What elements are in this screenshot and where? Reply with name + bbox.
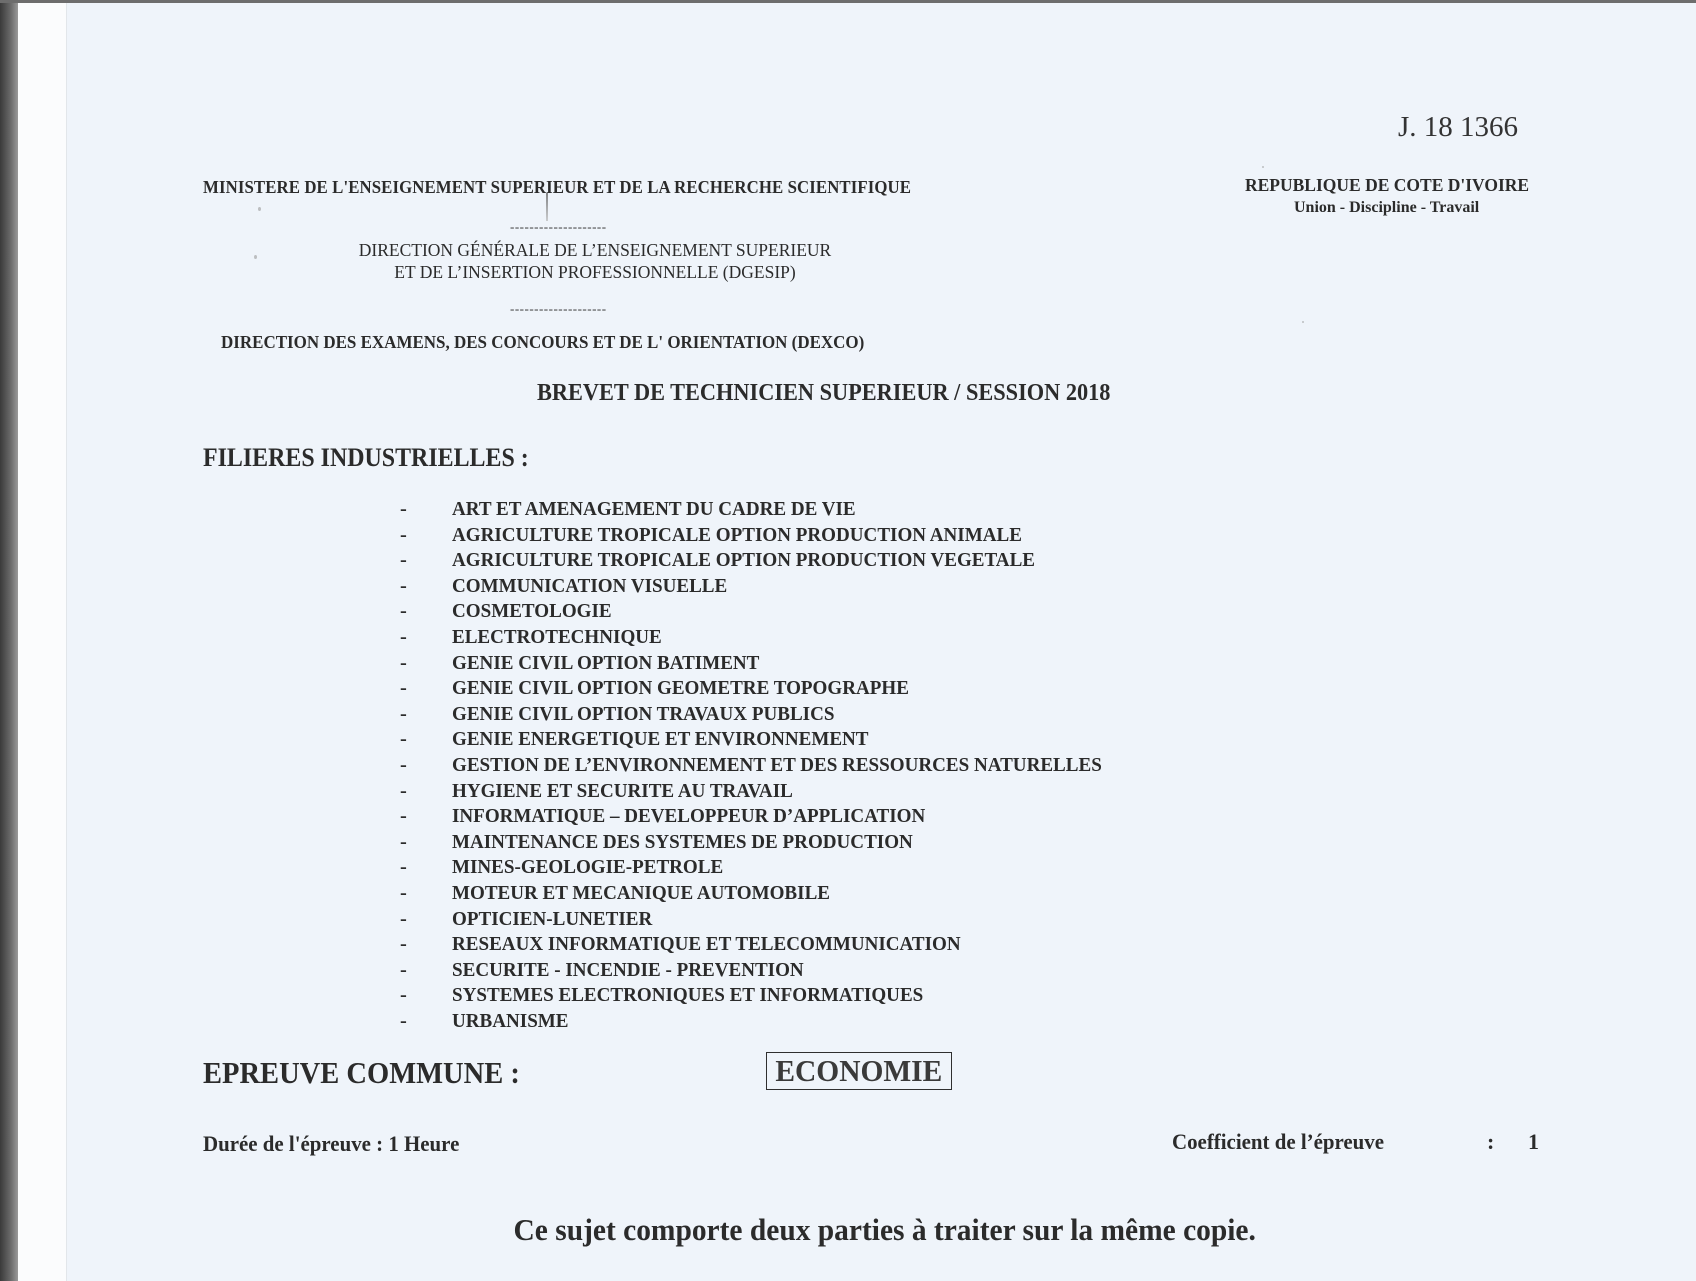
direction-generale-line-2: ET DE L’INSERTION PROFESSIONNELLE (DGESI…	[300, 262, 890, 283]
program-list-item: -SYSTEMES ELECTRONIQUES ET INFORMATIQUES	[398, 983, 1151, 1009]
program-name: MAINTENANCE DES SYSTEMES DE PRODUCTION	[452, 830, 913, 856]
program-list-item: -GENIE CIVIL OPTION BATIMENT	[398, 651, 1151, 677]
program-name: COSMETOLOGIE	[452, 599, 612, 625]
separator-line: --------------------	[510, 219, 607, 235]
scanner-edge	[0, 0, 18, 1281]
dash-bullet-icon: -	[398, 651, 452, 677]
dash-bullet-icon: -	[398, 676, 452, 702]
program-list-item: -ELECTROTECHNIQUE	[398, 625, 1151, 651]
ministry-name: MINISTERE DE L'ENSEIGNEMENT SUPERIEUR ET…	[203, 177, 911, 198]
program-list-item: -GENIE CIVIL OPTION GEOMETRE TOPOGRAPHE	[398, 676, 1151, 702]
program-list-item: -GENIE CIVIL OPTION TRAVAUX PUBLICS	[398, 702, 1151, 728]
program-name: SECURITE - INCENDIE - PREVENTION	[452, 958, 804, 984]
scan-speck	[258, 207, 261, 211]
dash-bullet-icon: -	[398, 907, 452, 933]
program-list-item: -OPTICIEN-LUNETIER	[398, 907, 1151, 933]
program-list-item: -RESEAUX INFORMATIQUE ET TELECOMMUNICATI…	[398, 932, 1151, 958]
dash-bullet-icon: -	[398, 727, 452, 753]
program-list-item: -GENIE ENERGETIQUE ET ENVIRONNEMENT	[398, 727, 1151, 753]
scan-speck	[254, 255, 257, 259]
program-name: MINES-GEOLOGIE-PETROLE	[452, 855, 723, 881]
program-list-item: -MAINTENANCE DES SYSTEMES DE PRODUCTION	[398, 830, 1151, 856]
coefficient-label: Coefficient de l’épreuve	[1172, 1129, 1384, 1155]
instructions-text: Ce sujet comporte deux parties à traiter…	[514, 1212, 1256, 1248]
dash-bullet-icon: -	[398, 881, 452, 907]
program-list-item: -GESTION DE L’ENVIRONNEMENT ET DES RESSO…	[398, 753, 1151, 779]
dash-bullet-icon: -	[398, 804, 452, 830]
dash-bullet-icon: -	[398, 779, 452, 805]
program-list-item: -COMMUNICATION VISUELLE	[398, 574, 1151, 600]
programs-heading: FILIERES INDUSTRIELLES :	[203, 443, 529, 473]
program-name: ELECTROTECHNIQUE	[452, 625, 662, 651]
program-list-item: -COSMETOLOGIE	[398, 599, 1151, 625]
program-name: URBANISME	[452, 1009, 569, 1035]
programs-list: -ART ET AMENAGEMENT DU CADRE DE VIE-AGRI…	[398, 497, 1151, 1034]
separator-line: --------------------	[510, 301, 607, 317]
dash-bullet-icon: -	[398, 753, 452, 779]
program-list-item: -MINES-GEOLOGIE-PETROLE	[398, 855, 1151, 881]
program-list-item: -SECURITE - INCENDIE - PREVENTION	[398, 958, 1151, 984]
subject-box: ECONOMIE	[766, 1052, 952, 1090]
program-name: ART ET AMENAGEMENT DU CADRE DE VIE	[452, 497, 856, 523]
program-name: AGRICULTURE TROPICALE OPTION PRODUCTION …	[452, 523, 1022, 549]
program-name: GENIE CIVIL OPTION GEOMETRE TOPOGRAPHE	[452, 676, 909, 702]
program-list-item: -INFORMATIQUE – DEVELOPPEUR D’APPLICATIO…	[398, 804, 1151, 830]
dash-bullet-icon: -	[398, 625, 452, 651]
dash-bullet-icon: -	[398, 932, 452, 958]
program-list-item: -MOTEUR ET MECANIQUE AUTOMOBILE	[398, 881, 1151, 907]
program-name: OPTICIEN-LUNETIER	[452, 907, 652, 933]
subject-name: ECONOMIE	[776, 1053, 943, 1089]
program-name: MOTEUR ET MECANIQUE AUTOMOBILE	[452, 881, 830, 907]
program-name: GENIE CIVIL OPTION TRAVAUX PUBLICS	[452, 702, 834, 728]
direction-examens: DIRECTION DES EXAMENS, DES CONCOURS ET D…	[221, 332, 864, 353]
program-list-item: -HYGIENE ET SECURITE AU TRAVAIL	[398, 779, 1151, 805]
direction-generale-line-1: DIRECTION GÉNÉRALE DE L’ENSEIGNEMENT SUP…	[300, 240, 890, 261]
coefficient-value: 1	[1528, 1129, 1539, 1155]
exam-type-label: EPREUVE COMMUNE :	[203, 1055, 520, 1091]
dash-bullet-icon: -	[398, 1009, 452, 1035]
national-motto: Union - Discipline - Travail	[1294, 199, 1479, 217]
dash-bullet-icon: -	[398, 548, 452, 574]
program-list-item: -ART ET AMENAGEMENT DU CADRE DE VIE	[398, 497, 1151, 523]
instructions-note: Ce sujet comporte deux parties à traiter…	[300, 1212, 1470, 1248]
program-name: GESTION DE L’ENVIRONNEMENT ET DES RESSOU…	[452, 753, 1102, 779]
program-list-item: -URBANISME	[398, 1009, 1151, 1035]
country-name: REPUBLIQUE DE COTE D'IVOIRE	[1245, 175, 1529, 196]
program-name: HYGIENE ET SECURITE AU TRAVAIL	[452, 779, 793, 805]
document-reference-number: J. 18 1366	[1398, 111, 1518, 144]
program-name: GENIE ENERGETIQUE ET ENVIRONNEMENT	[452, 727, 869, 753]
program-name: SYSTEMES ELECTRONIQUES ET INFORMATIQUES	[452, 983, 923, 1009]
exam-title: BREVET DE TECHNICIEN SUPERIEUR / SESSION…	[537, 380, 1110, 407]
program-list-item: -AGRICULTURE TROPICALE OPTION PRODUCTION…	[398, 523, 1151, 549]
scanner-margin	[18, 0, 66, 1281]
dash-bullet-icon: -	[398, 702, 452, 728]
coefficient-separator: :	[1487, 1129, 1494, 1155]
exam-duration: Durée de l'épreuve : 1 Heure	[203, 1131, 459, 1157]
dash-bullet-icon: -	[398, 830, 452, 856]
dash-bullet-icon: -	[398, 574, 452, 600]
program-name: INFORMATIQUE – DEVELOPPEUR D’APPLICATION	[452, 804, 925, 830]
scan-speck	[1262, 166, 1264, 168]
dash-bullet-icon: -	[398, 497, 452, 523]
dash-bullet-icon: -	[398, 599, 452, 625]
program-name: COMMUNICATION VISUELLE	[452, 574, 727, 600]
program-name: AGRICULTURE TROPICALE OPTION PRODUCTION …	[452, 548, 1035, 574]
dash-bullet-icon: -	[398, 855, 452, 881]
dash-bullet-icon: -	[398, 983, 452, 1009]
program-list-item: -AGRICULTURE TROPICALE OPTION PRODUCTION…	[398, 548, 1151, 574]
program-name: GENIE CIVIL OPTION BATIMENT	[452, 651, 759, 677]
program-name: RESEAUX INFORMATIQUE ET TELECOMMUNICATIO…	[452, 932, 961, 958]
dash-bullet-icon: -	[398, 523, 452, 549]
scan-speck	[1302, 321, 1304, 323]
dash-bullet-icon: -	[398, 958, 452, 984]
